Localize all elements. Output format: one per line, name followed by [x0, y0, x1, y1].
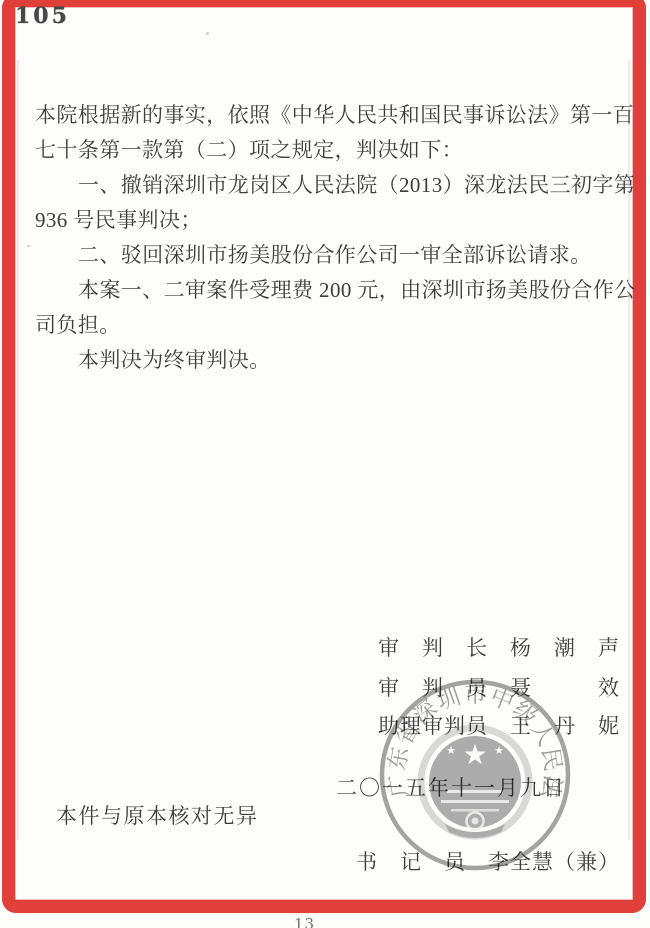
scan-speck: [27, 245, 30, 247]
body-line: 二、驳回深圳市扬美股份合作公司一审全部诉讼请求。: [35, 238, 625, 273]
body-line: 本院根据新的事实，依照《中华人民共和国民事诉讼法》第一百: [35, 98, 625, 133]
scan-speck: [206, 32, 209, 35]
scan-speck: [497, 867, 500, 869]
scan-bleed-artifact: [628, 60, 630, 840]
emblem-star-icon: ★: [462, 740, 487, 771]
body-line: 一、撤销深圳市龙岗区人民法院（2013）深龙法民三初字第: [35, 168, 625, 203]
emblem-small-star-icon: ★: [446, 745, 456, 757]
archive-page-number-stamp: 105: [15, 3, 70, 29]
scan-bleed-artifact: [17, 60, 19, 840]
body-line: 936 号民事判决；: [35, 203, 625, 238]
body-line: 本案一、二审案件受理费 200 元，由深圳市扬美股份合作公: [35, 273, 625, 308]
document-page: 105 本院根据新的事实，依照《中华人民共和国民事诉讼法》第一百 七十条第一款第…: [0, 0, 650, 928]
body-line: 司负担。: [35, 308, 625, 343]
bottom-cut-page-number: 13: [294, 915, 315, 928]
judgment-body-text: 本院根据新的事实，依照《中华人民共和国民事诉讼法》第一百 七十条第一款第（二）项…: [35, 98, 625, 378]
emblem-small-star-icon: ★: [494, 745, 504, 757]
presiding-judge-line: 审 判 长 杨 潮 声: [378, 634, 620, 662]
body-line: 本判决为终审判决。: [35, 343, 625, 378]
body-line: 七十条第一款第（二）项之规定，判决如下：: [35, 133, 625, 168]
court-seal-stamp: 广东省深圳市中级人民法院 ★ ★ ★: [375, 678, 575, 878]
scanned-court-judgment: { "page": { "archive_number": "105", "cu…: [0, 0, 650, 928]
verification-note: 本件与原本核对无异: [56, 800, 259, 830]
scan-speck: [588, 300, 590, 302]
national-emblem-icon: ★ ★ ★: [421, 728, 529, 838]
